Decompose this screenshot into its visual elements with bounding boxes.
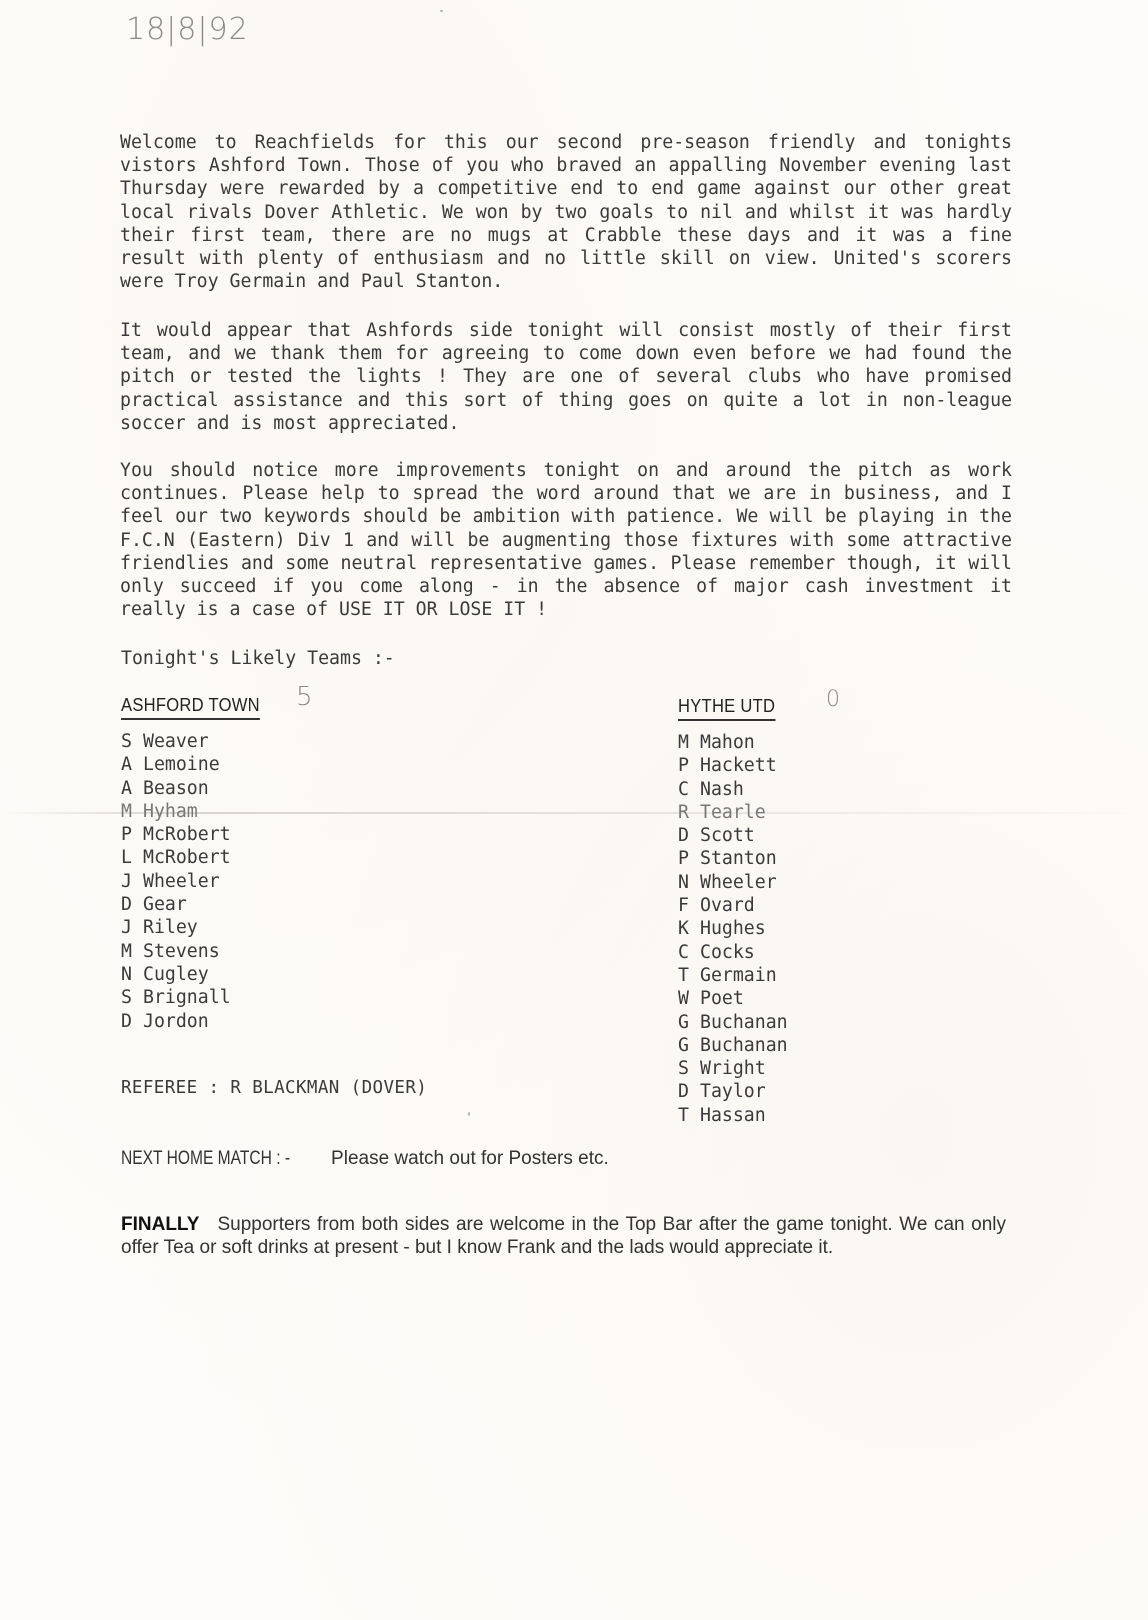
player-initial: S [121, 986, 143, 1009]
player-initial: J [121, 916, 143, 939]
player-initial: A [121, 777, 143, 800]
home-team-column: HYTHE UTD MMahonPHackettCNashRTearleDSco… [678, 696, 788, 1127]
player-row: GBuchanan [678, 1011, 788, 1034]
player-surname: McRobert [143, 847, 231, 868]
home-score-handwritten: 0 [826, 687, 840, 712]
player-initial: D [121, 1010, 143, 1033]
player-initial: G [678, 1011, 700, 1034]
player-surname: Cocks [700, 942, 755, 963]
player-row: MHyham [121, 800, 272, 823]
player-row: CNash [678, 778, 788, 801]
player-row: PHackett [678, 754, 788, 777]
away-team-roster: SWeaverALemoineABeasonMHyhamPMcRobertLMc… [121, 730, 272, 1033]
player-row: DGear [121, 893, 272, 916]
player-row: SWright [678, 1057, 788, 1080]
player-initial: M [121, 800, 143, 823]
player-initial: P [678, 754, 700, 777]
player-initial: D [678, 1080, 700, 1103]
finally-paragraph: FINALLYSupporters from both sides are we… [121, 1213, 1006, 1259]
player-surname: Hughes [700, 918, 766, 939]
player-initial: N [121, 963, 143, 986]
player-surname: Hassan [700, 1105, 766, 1126]
player-surname: Hyham [143, 801, 198, 822]
away-team-column: ASHFORD TOWN SWeaverALemoineABeasonMHyha… [121, 695, 272, 1033]
player-surname: Taylor [700, 1081, 766, 1102]
player-surname: Wheeler [143, 871, 220, 892]
player-row: ALemoine [121, 753, 272, 776]
finally-lead: FINALLY [121, 1214, 199, 1235]
player-surname: Germain [700, 965, 777, 986]
player-row: ABeason [121, 777, 272, 800]
paper-speck [1000, 215, 1002, 217]
player-initial: P [121, 823, 143, 846]
player-initial: C [678, 941, 700, 964]
player-initial: D [678, 824, 700, 847]
player-row: DScott [678, 824, 788, 847]
player-surname: Riley [143, 917, 198, 938]
player-surname: Lemoine [143, 754, 220, 775]
handwritten-date: 18|8|92 [126, 12, 249, 47]
player-surname: Mahon [700, 732, 755, 753]
player-surname: Buchanan [700, 1012, 788, 1033]
next-home-match-label: NEXT HOME MATCH : - [121, 1148, 290, 1170]
improvements-paragraph: You should notice more improvements toni… [120, 459, 1012, 621]
teams-intro: Tonight's Likely Teams :- [121, 648, 395, 669]
player-row: JRiley [121, 916, 272, 939]
player-row: NCugley [121, 963, 272, 986]
player-surname: McRobert [143, 824, 231, 845]
player-surname: Poet [700, 988, 744, 1009]
player-initial: S [121, 730, 143, 753]
next-home-match: NEXT HOME MATCH : - Please watch out for… [121, 1148, 609, 1170]
next-home-match-text: Please watch out for Posters etc. [331, 1148, 609, 1169]
player-surname: Wright [700, 1058, 766, 1079]
player-row: SBrignall [121, 986, 272, 1009]
player-row: MMahon [678, 731, 788, 754]
player-surname: Brignall [143, 987, 231, 1008]
player-surname: Weaver [143, 731, 209, 752]
player-initial: T [678, 964, 700, 987]
away-score-handwritten: 5 [296, 682, 313, 712]
player-row: MStevens [121, 940, 272, 963]
player-row: DJordon [121, 1010, 272, 1033]
player-row: WPoet [678, 987, 788, 1010]
player-surname: Nash [700, 779, 744, 800]
player-row: KHughes [678, 917, 788, 940]
player-initial: C [678, 778, 700, 801]
player-surname: Jordon [143, 1011, 209, 1032]
home-team-name: HYTHE UTD [678, 696, 775, 721]
player-initial: J [121, 870, 143, 893]
player-surname: Tearle [700, 802, 766, 823]
player-row: TGermain [678, 964, 788, 987]
player-initial: W [678, 987, 700, 1010]
intro-paragraph: Welcome to Reachfields for this our seco… [120, 131, 1012, 293]
player-initial: P [678, 847, 700, 870]
player-surname: Hackett [700, 755, 777, 776]
player-surname: Gear [143, 894, 187, 915]
player-surname: Scott [700, 825, 755, 846]
player-row: PMcRobert [121, 823, 272, 846]
player-surname: Buchanan [700, 1035, 788, 1056]
visitors-paragraph: It would appear that Ashfords side tonig… [120, 319, 1012, 435]
player-initial: D [121, 893, 143, 916]
player-surname: Beason [143, 778, 209, 799]
player-row: FOvard [678, 894, 788, 917]
player-initial: K [678, 917, 700, 940]
home-team-roster: MMahonPHackettCNashRTearleDScottPStanton… [678, 731, 788, 1127]
player-initial: F [678, 894, 700, 917]
player-row: THassan [678, 1104, 788, 1127]
player-initial: N [678, 871, 700, 894]
paper-speck [440, 10, 443, 12]
player-initial: M [678, 731, 700, 754]
player-initial: M [121, 940, 143, 963]
player-initial: A [121, 753, 143, 776]
finally-text: Supporters from both sides are welcome i… [121, 1214, 1006, 1258]
player-row: NWheeler [678, 871, 788, 894]
player-row: RTearle [678, 801, 788, 824]
player-row: GBuchanan [678, 1034, 788, 1057]
player-surname: Ovard [700, 895, 755, 916]
player-initial: G [678, 1034, 700, 1057]
player-row: SWeaver [121, 730, 272, 753]
player-initial: T [678, 1104, 700, 1127]
player-row: LMcRobert [121, 846, 272, 869]
player-initial: S [678, 1057, 700, 1080]
player-row: PStanton [678, 847, 788, 870]
player-initial: L [121, 846, 143, 869]
player-surname: Cugley [143, 964, 209, 985]
player-surname: Wheeler [700, 872, 777, 893]
player-initial: R [678, 801, 700, 824]
player-surname: Stanton [700, 848, 777, 869]
referee-line: REFEREE : R BLACKMAN (DOVER) [121, 1078, 427, 1098]
player-surname: Stevens [143, 941, 220, 962]
player-row: CCocks [678, 941, 788, 964]
away-team-name: ASHFORD TOWN [121, 695, 260, 720]
paper-speck [468, 1112, 470, 1116]
player-row: JWheeler [121, 870, 272, 893]
player-row: DTaylor [678, 1080, 788, 1103]
